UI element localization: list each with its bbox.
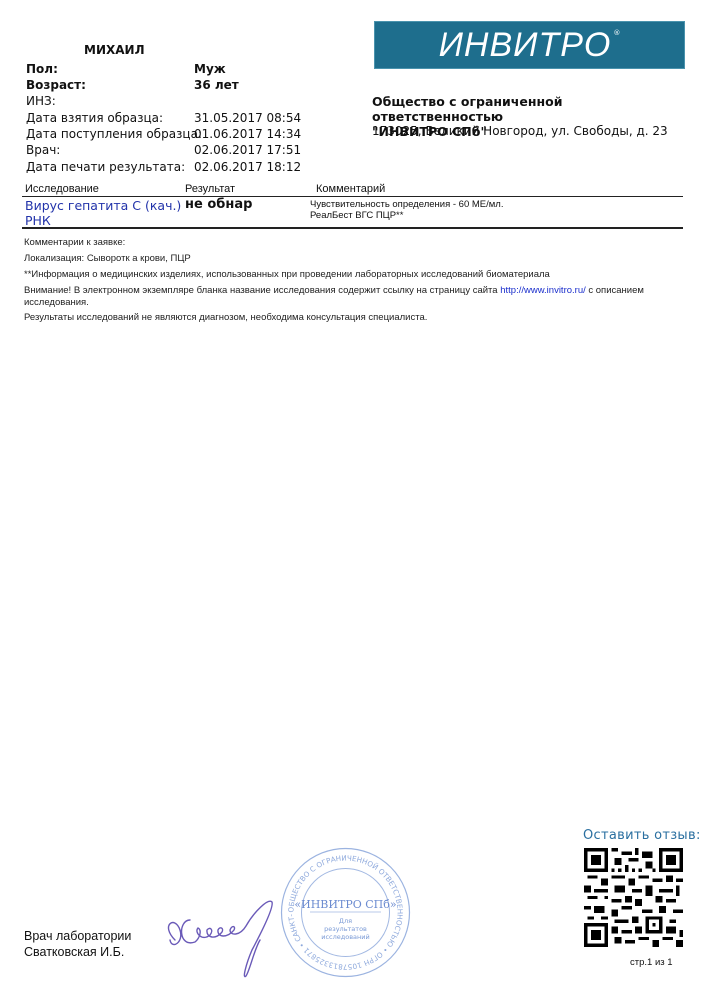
field-value: 36 лет [194,78,239,92]
table-bottom-divider [22,227,683,229]
test-comment: Чувствительность определения - 60 МЕ/мл.… [310,199,503,221]
localization-note: Локализация: Сыворотк а крови, ПЦР [24,253,191,264]
field-value: 02.06.2017 17:51 [194,143,301,157]
organization-address: 173025, Великий Новгород, ул. Свободы, д… [372,124,668,138]
attention-text: Внимание! В электронном экземпляре бланк… [24,285,500,296]
test-result: не обнар [185,197,252,212]
logo-text: ИНВИТРО [439,26,612,65]
signature-icon [150,880,280,990]
table-header-divider [22,196,683,197]
registered-icon: ® [613,29,620,37]
attention-note: Внимание! В электронном экземпляре бланк… [24,285,684,309]
field-label: Врач: [26,143,60,157]
field-value: 02.06.2017 18:12 [194,160,301,174]
svg-text:Для: Для [339,917,352,925]
devices-info-note: **Информация о медицинских изделиях, исп… [24,269,550,280]
field-label: Дата взятия образца: [26,111,163,125]
column-header-comment: Комментарий [316,183,385,195]
column-header-result: Результат [185,183,235,195]
field-label: Пол: [26,62,58,76]
comment-line2: РеалБест ВГС ПЦР** [310,210,503,221]
field-value: 01.06.2017 14:34 [194,127,301,141]
lab-doctor-block: Врач лаборатории Сватковская И.Б. [24,928,131,960]
field-received-date: Дата поступления образца: 01.06.2017 14:… [26,127,366,144]
test-name-line1[interactable]: Вирус гепатита С (кач.) [25,198,185,213]
doctor-role: Врач лаборатории [24,928,131,944]
test-name-line2[interactable]: РНК [25,213,185,228]
doctor-name: Сватковская И.Б. [24,944,131,960]
invitro-site-link[interactable]: http://www.invitro.ru/ [500,285,586,296]
qr-code-icon[interactable] [584,848,683,947]
patient-name: МИХАИЛ [84,43,145,57]
field-sample-date: Дата взятия образца: 31.05.2017 08:54 [26,111,366,128]
attention-text-line2: исследования. [24,297,89,308]
test-name-link[interactable]: Вирус гепатита С (кач.) РНК [25,198,185,228]
org-name-line1: Общество с ограниченной ответственностью [372,94,692,124]
company-stamp-icon: ОБЩЕСТВО С ОГРАНИЧЕННОЙ ОТВЕТСТВЕННОСТЬЮ… [278,845,413,980]
field-inz: ИНЗ: [26,94,366,111]
page-number: стр.1 из 1 [630,957,673,968]
svg-text:«ИНВИТРО СПб»: «ИНВИТРО СПб» [294,898,396,911]
field-label: Дата поступления образца: [26,127,202,141]
field-value: 31.05.2017 08:54 [194,111,301,125]
invitro-logo: ИНВИТРО ® [374,21,685,69]
comment-line1: Чувствительность определения - 60 МЕ/мл. [310,199,503,210]
column-header-test: Исследование [25,183,99,195]
order-comments-label: Комментарии к заявке: [24,237,125,248]
field-age: Возраст: 36 лет [26,78,366,95]
field-print-date: Дата печати результата: 02.06.2017 18:12 [26,160,366,177]
field-value: Муж [194,62,226,76]
attention-text-suffix: с описанием [586,285,644,296]
field-label: Дата печати результата: [26,160,185,174]
field-doctor: Врач: 02.06.2017 17:51 [26,143,366,160]
svg-text:исследований: исследований [321,933,370,941]
field-label: Возраст: [26,78,86,92]
disclaimer-note: Результаты исследований не являются диаг… [24,312,427,323]
field-sex: Пол: Муж [26,62,366,79]
feedback-title: Оставить отзыв: [583,828,701,843]
field-label: ИНЗ: [26,94,56,108]
svg-text:результатов: результатов [324,925,367,933]
